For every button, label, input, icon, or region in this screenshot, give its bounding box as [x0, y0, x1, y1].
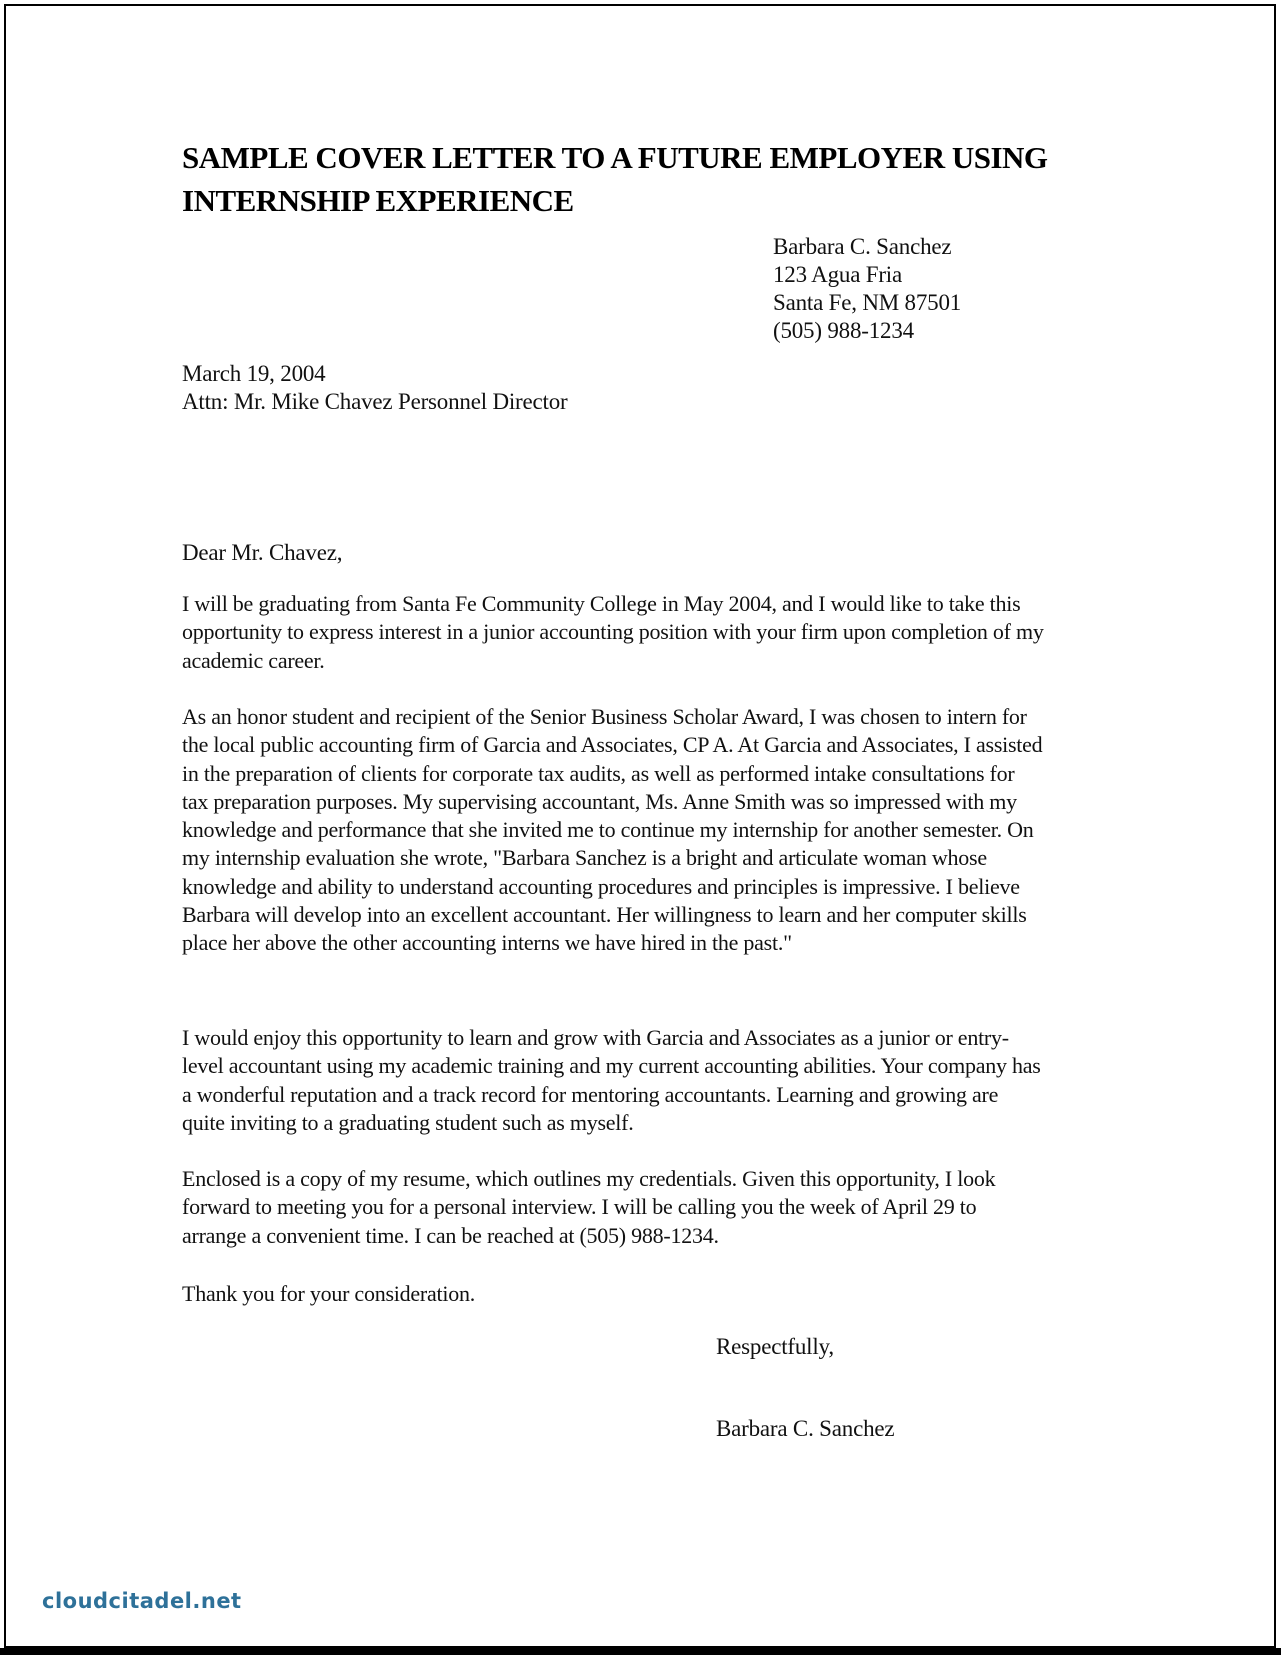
paragraph-thanks: Thank you for your consideration.: [182, 1280, 1044, 1308]
paragraph-experience: As an honor student and recipient of the…: [182, 703, 1044, 958]
sender-address-block: Barbara C. Sanchez 123 Agua Fria Santa F…: [773, 233, 961, 345]
paragraph-intro: I will be graduating from Santa Fe Commu…: [182, 590, 1044, 675]
sender-phone: (505) 988-1234: [773, 317, 961, 345]
attention-line: Attn: Mr. Mike Chavez Personnel Director: [182, 388, 567, 416]
sender-street: 123 Agua Fria: [773, 261, 961, 289]
letter-title-line-2: INTERNSHIP EXPERIENCE: [182, 179, 1048, 222]
closing: Respectfully,: [716, 1334, 834, 1360]
date-attention-block: March 19, 2004 Attn: Mr. Mike Chavez Per…: [182, 360, 567, 416]
paragraph-interest: I would enjoy this opportunity to learn …: [182, 1024, 1044, 1137]
letter-date: March 19, 2004: [182, 360, 567, 388]
signature-name: Barbara C. Sanchez: [716, 1416, 894, 1442]
letter-title-line-1: SAMPLE COVER LETTER TO A FUTURE EMPLOYER…: [182, 136, 1048, 179]
document-page: SAMPLE COVER LETTER TO A FUTURE EMPLOYER…: [0, 0, 1281, 1656]
watermark-site-name: cloudcitadel.net: [42, 1589, 242, 1613]
letter-title: SAMPLE COVER LETTER TO A FUTURE EMPLOYER…: [182, 136, 1048, 222]
sender-name: Barbara C. Sanchez: [773, 233, 961, 261]
sender-city-state-zip: Santa Fe, NM 87501: [773, 289, 961, 317]
bottom-border-bar: [0, 1648, 1281, 1655]
paragraph-enclosure: Enclosed is a copy of my resume, which o…: [182, 1165, 1044, 1250]
salutation: Dear Mr. Chavez,: [182, 540, 342, 566]
